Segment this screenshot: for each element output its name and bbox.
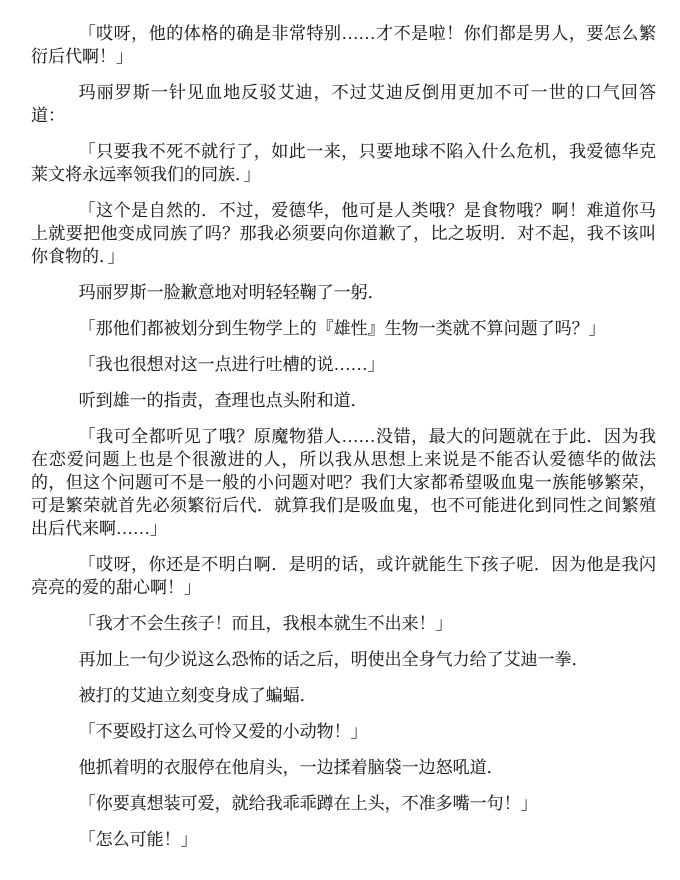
paragraph: 「我才不会生孩子！而且，我根本就生不出来！」 — [31, 612, 656, 635]
paragraph: 「我可全都听见了哦？原魔物猎人……没错，最大的问题就在于此．因为我在恋爱问题上也… — [31, 425, 656, 540]
novel-page: 「哎呀，他的体格的确是非常特别……才不是啦！你们都是男人，要怎么繁衍后代啊！」 … — [0, 0, 680, 880]
paragraph: 「只要我不死不就行了，如此一来，只要地球不陷入什么危机，我爱德华克莱文将永远率领… — [31, 140, 656, 186]
paragraph: 「你要真想装可爱，就给我乖乖蹲在上头，不准多嘴一句！」 — [31, 792, 656, 815]
paragraph: 「怎么可能！」 — [31, 828, 656, 851]
paragraph: 「我也很想对这一点进行吐槽的说……」 — [31, 353, 656, 376]
paragraph: 再加上一句少说这么恐怖的话之后，明使出全身气力给了艾迪一拳． — [31, 648, 656, 671]
paragraph: 玛丽罗斯一脸歉意地对明轻轻鞠了一躬． — [31, 281, 656, 304]
paragraph: 被打的艾迪立刻变身成了蝙蝠． — [31, 684, 656, 707]
paragraph: 他抓着明的衣服停在他肩头，一边揉着脑袋一边怒吼道． — [31, 756, 656, 779]
paragraph: 「不要殴打这么可怜又爱的小动物！」 — [31, 720, 656, 743]
paragraph: 玛丽罗斯一针见血地反驳艾迪，不过艾迪反倒用更加不可一世的口气回答道： — [31, 81, 656, 127]
paragraph: 「哎呀，你还是不明白啊．是明的话，或许就能生下孩子呢．因为他是我闪亮亮的爱的甜心… — [31, 553, 656, 599]
paragraph: 「那他们都被划分到生物学上的『雄性』生物一类就不算问题了吗？」 — [31, 317, 656, 340]
paragraph: 「哎呀，他的体格的确是非常特别……才不是啦！你们都是男人，要怎么繁衍后代啊！」 — [31, 22, 656, 68]
paragraph: 听到雄一的指责，查理也点头附和道． — [31, 389, 656, 412]
paragraph: 「这个是自然的．不过，爱德华，他可是人类哦？是食物哦？啊！难道你马上就要把他变成… — [31, 199, 656, 268]
